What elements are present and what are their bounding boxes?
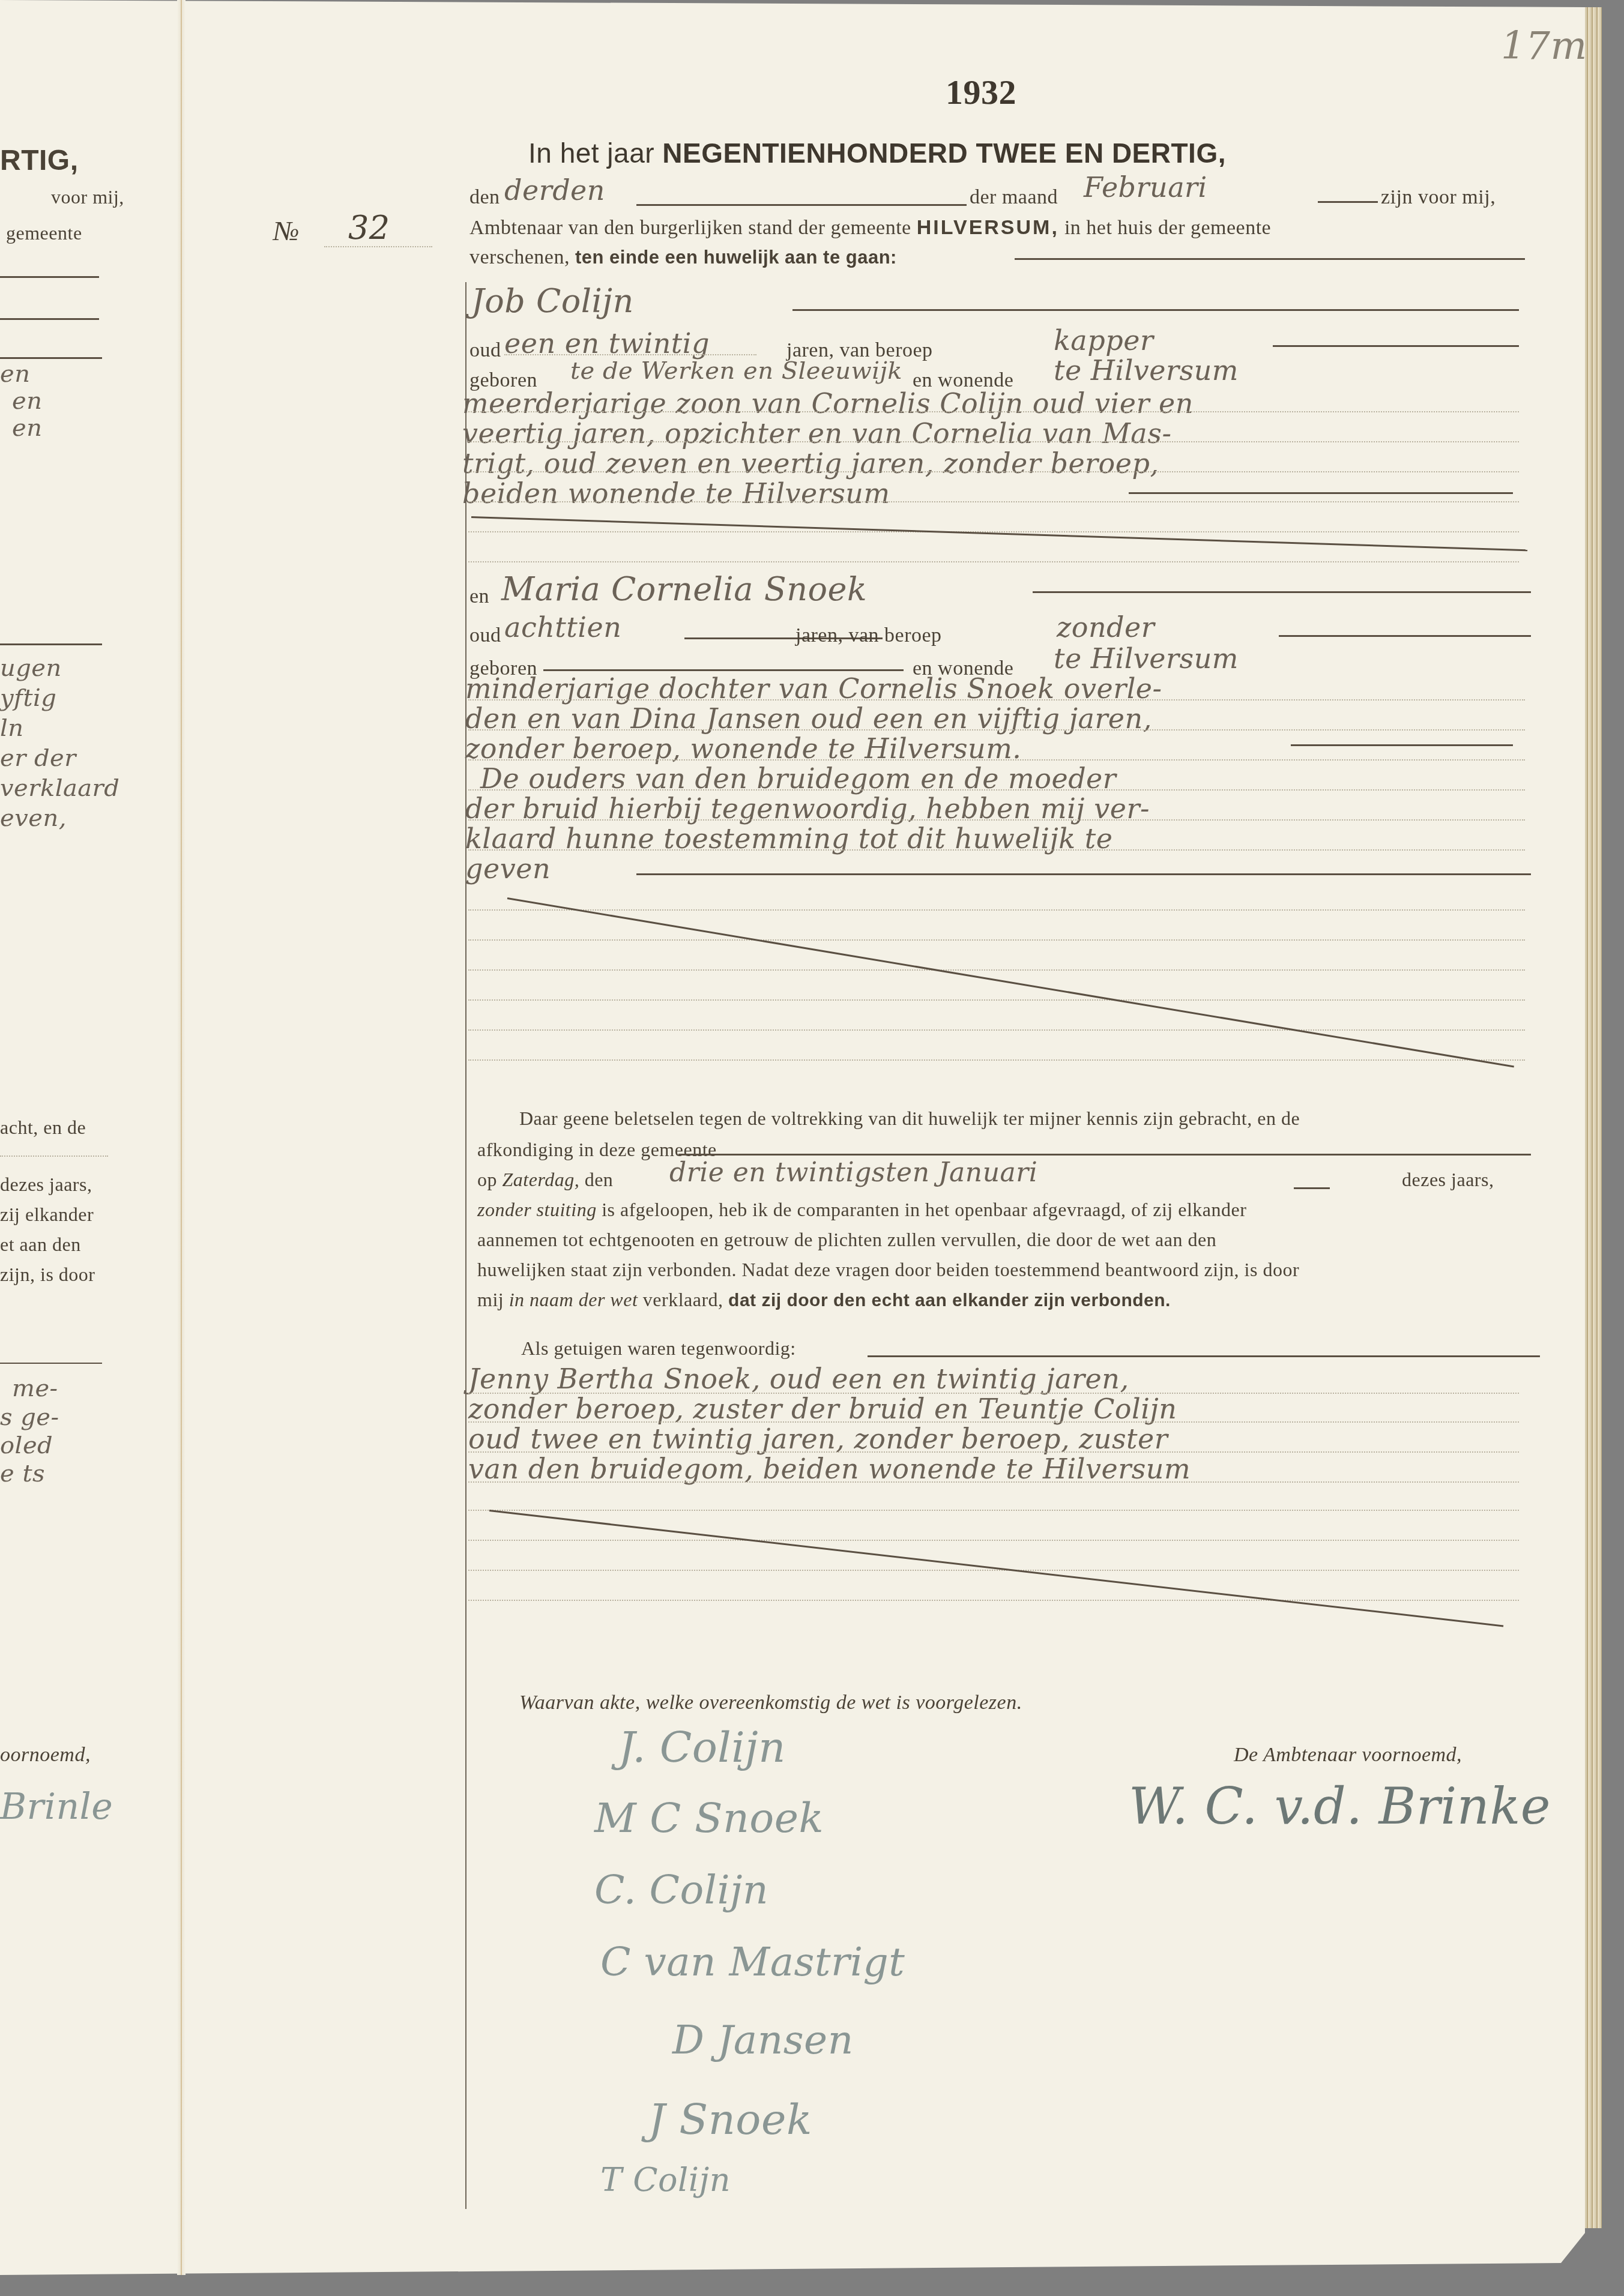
left-rule	[0, 357, 102, 359]
fill-line	[1033, 591, 1531, 593]
line2-text-a: Ambtenaar van den burgerlijken stand der…	[469, 217, 911, 239]
dotted-rule	[468, 1510, 1519, 1511]
dotted-rule	[468, 939, 1525, 941]
dotted-rule	[468, 1451, 1519, 1453]
oud-label: oud	[469, 339, 501, 362]
form-left-rule	[465, 282, 466, 2209]
official-signature: W. C. v.d. Brinke	[1129, 1777, 1551, 1836]
fill-line	[1294, 1187, 1330, 1189]
dotted-rule	[468, 501, 1519, 502]
fill-line	[1129, 492, 1513, 494]
dotted-rule	[468, 1421, 1519, 1423]
left-hand-fragment: ln	[0, 714, 24, 742]
p7-b: in naam der wet	[509, 1289, 638, 1310]
bride-occupation: zonder	[1057, 611, 1155, 643]
dotted-rule	[468, 1029, 1525, 1031]
dotted-rule	[468, 471, 1519, 472]
p4-b: is afgeloopen, heb ik de comparanten in …	[602, 1199, 1246, 1220]
p3-a: op	[477, 1169, 497, 1190]
witness-line: van den bruidegom, beiden wonende te Hil…	[468, 1453, 1191, 1485]
groom-detail-line: meerderjarige zoon van Cornelis Colijn o…	[462, 387, 1194, 420]
groom-detail-line: trigt, oud zeven en veertig jaren, zonde…	[462, 447, 1159, 480]
left-rule	[0, 1363, 102, 1364]
closing-text: Waarvan akte, welke overeenkomstig de we…	[519, 1692, 1022, 1714]
left-hand-fragment: verklaard	[0, 774, 119, 802]
title-prefix: In het jaar	[528, 137, 654, 169]
line3-text-b: ten einde een huwelijk aan te gaan:	[575, 247, 897, 268]
line2-text-b: in het huis der gemeente	[1064, 217, 1271, 239]
p7-d: dat zij door den echt aan elkander zijn …	[728, 1291, 1171, 1310]
line1-suffix: zijn voor mij,	[1381, 186, 1496, 209]
signature: C van Mastrigt	[600, 1939, 905, 1985]
dotted-rule	[468, 789, 1525, 791]
record-number-value: 32	[348, 209, 390, 247]
der-maand-label: der maand	[970, 186, 1058, 209]
en-label: en	[469, 585, 489, 608]
dotted-rule	[468, 1540, 1519, 1541]
jaren-label: jaren, van beroep	[795, 624, 942, 647]
page-marker: 17m	[1501, 24, 1587, 68]
left-witness-fragment: me-	[12, 1375, 58, 1402]
groom-name: Job Colijn	[471, 282, 634, 320]
fill-line	[868, 1355, 1540, 1357]
bride-age: achttien	[504, 611, 621, 643]
year-heading: 1932	[946, 72, 1016, 112]
signature: D Jansen	[672, 2017, 854, 2063]
fill-line	[543, 669, 904, 671]
left-heading-fragment: RTIG,	[0, 144, 79, 177]
left-hand-fragment: en	[0, 360, 30, 388]
number-sign: №	[273, 215, 300, 247]
left-signature-fragment: Brinle	[0, 1786, 113, 1828]
witness-line: Jenny Bertha Snoek, oud een en twintig j…	[468, 1363, 1129, 1395]
left-hand-fragment: even,	[0, 804, 67, 832]
month-value: Februari	[1084, 171, 1207, 203]
left-rule	[0, 318, 99, 320]
witness-line: zonder beroep, zuster der bruid en Teunt…	[468, 1393, 1177, 1425]
groom-detail-line: veertig jaren, opzichter en van Cornelia…	[462, 417, 1171, 450]
title-main: NEGENTIENHONDERD TWEE EN DERTIG,	[662, 137, 1226, 169]
p7-c: verklaard,	[643, 1289, 723, 1310]
day-value: derden	[504, 174, 605, 206]
dotted-rule	[468, 1570, 1519, 1571]
fill-line	[1318, 201, 1378, 203]
p4-a: zonder stuiting	[477, 1199, 597, 1220]
left-body-fragment: et aan den	[0, 1234, 81, 1256]
left-witness-fragment: oled	[0, 1432, 53, 1459]
witnesses-label: Als getuigen waren tegenwoordig:	[521, 1337, 796, 1360]
oud-label: oud	[469, 624, 501, 647]
proclamation-line: huwelijken staat zijn verbonden. Nadat d…	[477, 1259, 1299, 1281]
left-text-line: voor mij,	[51, 186, 124, 208]
dotted-rule	[468, 999, 1525, 1001]
left-hand-fragment: ugen	[0, 654, 62, 682]
groom-residence: te Hilversum	[1054, 354, 1239, 387]
signature: C. Colijn	[594, 1867, 768, 1913]
dotted-rule	[468, 909, 1525, 911]
left-witness-fragment: e ts	[0, 1460, 45, 1487]
dotted-rule	[468, 411, 1519, 412]
page-edges	[1585, 7, 1602, 2228]
book-gutter	[177, 0, 186, 2275]
line3: verschenen, ten einde een huwelijk aan t…	[469, 246, 897, 269]
dotted-rule	[468, 699, 1525, 701]
bride-residence: te Hilversum	[1054, 642, 1239, 675]
left-dotted-rule	[0, 1156, 108, 1157]
dotted-rule	[468, 729, 1525, 731]
groom-birthplace: te de Werken en Sleeuwijk	[570, 357, 902, 385]
left-hand-fragment: er der	[0, 744, 76, 772]
p7-a: mij	[477, 1289, 504, 1310]
p3-day: Zaterdag,	[503, 1169, 580, 1190]
dotted-rule	[468, 1600, 1519, 1601]
left-body-fragment: acht, en de	[0, 1116, 86, 1139]
line3-text-a: verschenen,	[469, 246, 570, 268]
left-closing-fragment: oornoemd,	[0, 1744, 91, 1767]
proclamation-line: aannemen tot echtgenooten en getrouw de …	[477, 1229, 1216, 1251]
dotted-rule	[468, 849, 1525, 851]
dotted-rule	[504, 354, 756, 355]
proclamation-line: Daar geene beletselen tegen de voltrekki…	[519, 1107, 1300, 1130]
fill-line	[792, 309, 1519, 311]
dotted-rule	[468, 759, 1525, 761]
fill-line	[636, 204, 967, 206]
left-rule	[0, 643, 102, 645]
signature: J. Colijn	[618, 1723, 786, 1772]
proclamation-line-7: mij in naam der wet verklaard, dat zij d…	[477, 1289, 1171, 1311]
witness-line: oud twee en twintig jaren, zonder beroep…	[468, 1423, 1168, 1455]
left-hand-fragment: en	[12, 387, 42, 415]
signature: M C Snoek	[594, 1795, 824, 1842]
municipality: HILVERSUM,	[917, 216, 1059, 239]
p3-c: dezes jaars,	[1402, 1169, 1494, 1191]
bride-name: Maria Cornelia Snoek	[501, 570, 867, 608]
dotted-rule	[468, 969, 1525, 971]
signature: T Colijn	[600, 2161, 731, 2199]
line2: Ambtenaar van den burgerlijken stand der…	[469, 216, 1271, 240]
dotted-rule	[468, 561, 1519, 562]
groom-detail-line: beiden wonende te Hilversum	[462, 477, 890, 510]
fill-line	[678, 1154, 1531, 1156]
dotted-rule	[468, 441, 1519, 442]
left-body-fragment: zijn, is door	[0, 1264, 95, 1286]
left-rule	[0, 276, 99, 278]
dotted-rule	[468, 1059, 1525, 1061]
left-text-line: gemeente	[6, 222, 82, 244]
fill-line	[636, 873, 1531, 875]
left-witness-fragment: s ge-	[0, 1403, 59, 1431]
fill-line	[1015, 258, 1525, 260]
proclamation-line-3: op Zaterdag, den	[477, 1169, 613, 1191]
dotted-rule	[468, 1481, 1519, 1483]
left-body-fragment: zij elkander	[0, 1204, 94, 1226]
fill-line	[1291, 744, 1513, 746]
left-body-fragment: dezes jaars,	[0, 1174, 92, 1196]
p3-b: den	[585, 1169, 614, 1190]
fill-line	[1279, 635, 1531, 637]
left-hand-fragment: yftig	[0, 684, 56, 712]
title-line: In het jaar NEGENTIENHONDERD TWEE EN DER…	[528, 137, 1226, 169]
fill-line	[1273, 345, 1519, 347]
official-label: De Ambtenaar voornoemd,	[1234, 1744, 1462, 1767]
groom-occupation: kapper	[1054, 324, 1153, 357]
den-label: den	[469, 186, 500, 209]
left-hand-fragment: en	[12, 414, 42, 442]
proclamation-date: drie en twintigsten Januari	[669, 1157, 1037, 1188]
dotted-rule	[468, 1393, 1519, 1394]
dotted-rule	[468, 819, 1525, 821]
proclamation-line-4: zonder stuiting is afgeloopen, heb ik de…	[477, 1199, 1246, 1221]
signature: J Snoek	[648, 2095, 812, 2144]
number-dotted-rule	[324, 246, 432, 247]
bride-detail-line: geven	[465, 852, 551, 885]
